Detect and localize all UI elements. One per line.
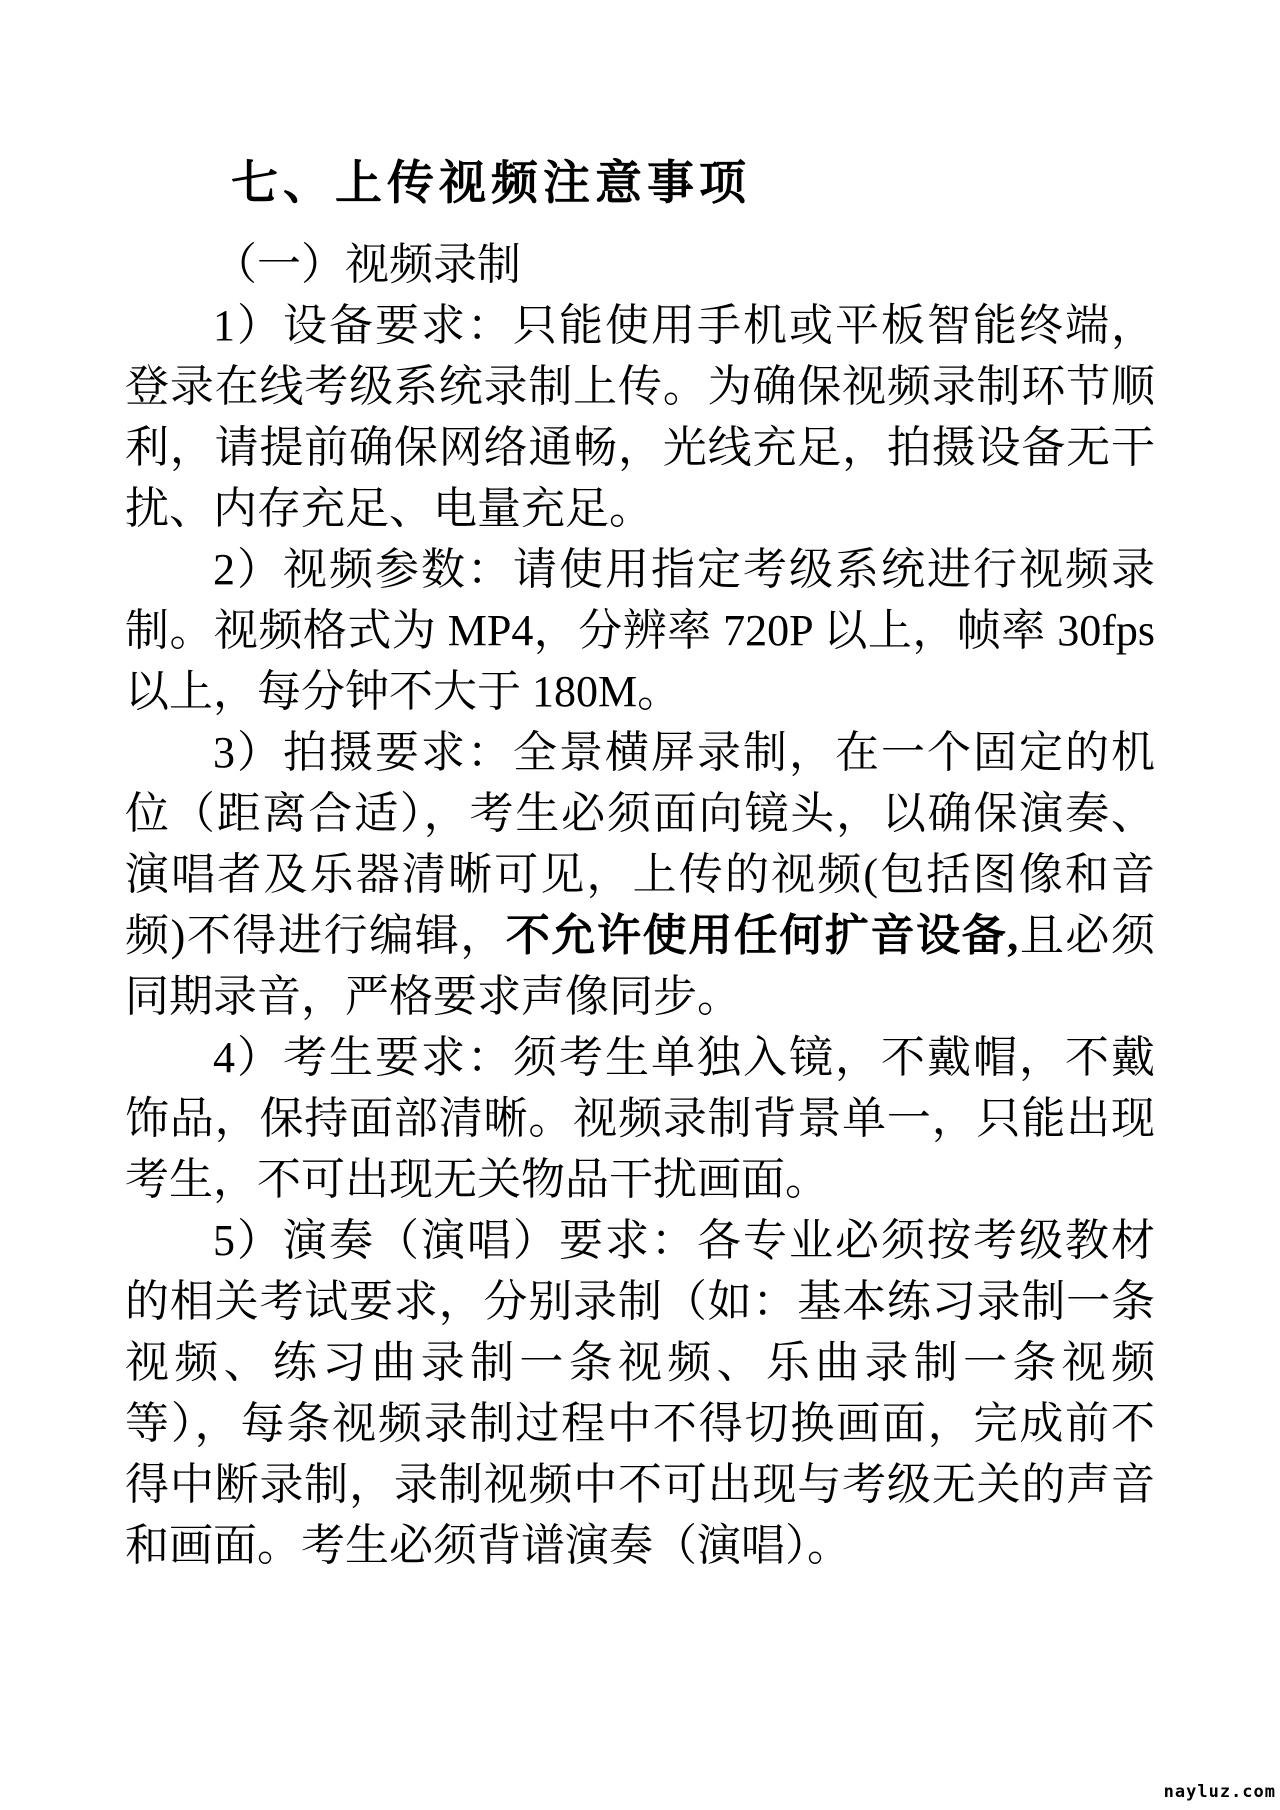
document-title: 七、上传视频注意事项 [125,152,1155,214]
watermark: nayluz.com [1164,1782,1276,1802]
paragraph-segment: 1）设备要求：只能使用手机或平板智能终端，登录在线考级系统录制上传。为确保视频录… [125,301,1155,533]
paragraph: 2）视频参数：请使用指定考级系统进行视频录制。视频格式为 MP4，分辨率 720… [125,539,1155,722]
document-page: 七、上传视频注意事项 （一）视频录制 1）设备要求：只能使用手机或平板智能终端，… [0,0,1280,1810]
document-content: 七、上传视频注意事项 （一）视频录制 1）设备要求：只能使用手机或平板智能终端，… [125,152,1155,1576]
paragraph: 4）考生要求：须考生单独入镜，不戴帽，不戴饰品，保持面部清晰。视频录制背景单一，… [125,1027,1155,1210]
paragraph-bold-segment: 不允许使用任何扩音设备, [506,911,1018,960]
paragraph-list: 1）设备要求：只能使用手机或平板智能终端，登录在线考级系统录制上传。为确保视频录… [125,295,1155,1576]
paragraph-segment: 2）视频参数：请使用指定考级系统进行视频录制。视频格式为 MP4，分辨率 720… [125,545,1155,716]
paragraph-segment: 4）考生要求：须考生单独入镜，不戴帽，不戴饰品，保持面部清晰。视频录制背景单一，… [125,1033,1155,1204]
paragraph: 1）设备要求：只能使用手机或平板智能终端，登录在线考级系统录制上传。为确保视频录… [125,295,1155,539]
section-heading: （一）视频录制 [125,234,1155,295]
paragraph: 5）演奏（演唱）要求：各专业必须按考级教材的相关考试要求，分别录制（如：基本练习… [125,1210,1155,1576]
paragraph-segment: 5）演奏（演唱）要求：各专业必须按考级教材的相关考试要求，分别录制（如：基本练习… [125,1216,1155,1570]
paragraph: 3）拍摄要求：全景横屏录制，在一个固定的机位（距离合适），考生必须面向镜头，以确… [125,722,1155,1027]
